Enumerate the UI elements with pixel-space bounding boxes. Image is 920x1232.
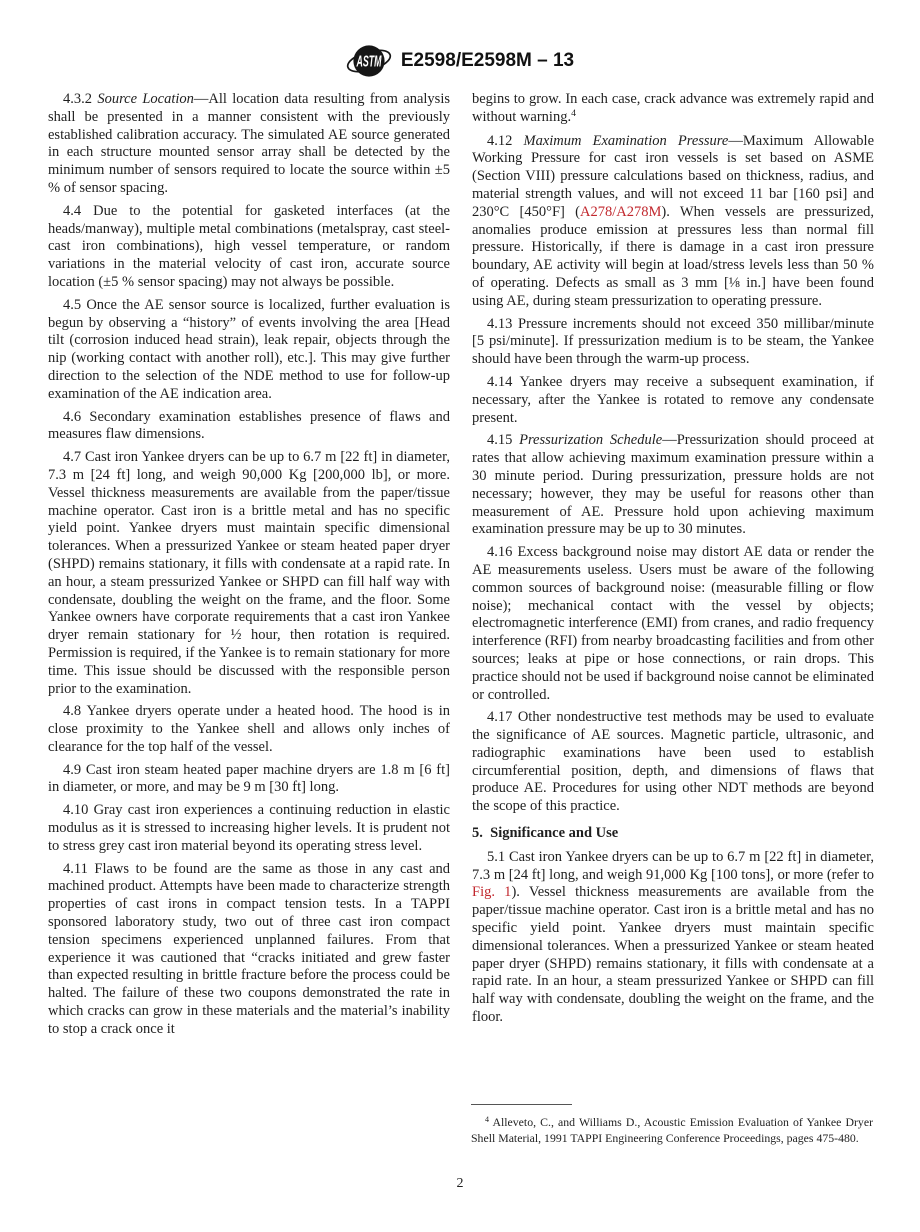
footnote: 4 Alleveto, C., and Williams D., Acousti… <box>471 1104 873 1146</box>
text-run: 4.17 Other nondestructive test methods m… <box>472 709 874 814</box>
text-run: 4.4 Due to the potential for gasketed in… <box>48 203 450 290</box>
astm-logo-text: ASTM <box>356 54 382 71</box>
section-heading: 5. Significance and Use <box>472 825 874 843</box>
paragraph: 4.17 Other nondestructive test methods m… <box>472 709 874 816</box>
text-run: 4.13 Pressure increments should not exce… <box>472 316 874 368</box>
text-run: 4.5 Once the AE sensor source is localiz… <box>48 297 450 402</box>
document-body: 4.3.2 Source Location—All location data … <box>48 91 874 1044</box>
paragraph: 4.14 Yankee dryers may receive a subsequ… <box>472 374 874 427</box>
italic-term: Maximum Examination Pressure <box>524 133 729 149</box>
footnote-reference: 4 <box>571 108 576 119</box>
paragraph: begins to grow. In each case, crack adva… <box>472 91 874 128</box>
text-run: begins to grow. In each case, crack adva… <box>472 91 874 125</box>
text-run: 5.1 Cast iron Yankee dryers can be up to… <box>472 849 874 883</box>
cross-reference-link[interactable]: A278/A278M <box>580 204 661 220</box>
paragraph: 4.16 Excess background noise may distort… <box>472 544 874 704</box>
right-column: begins to grow. In each case, crack adva… <box>472 91 874 1044</box>
paragraph: 4.13 Pressure increments should not exce… <box>472 316 874 369</box>
paragraph: 4.11 Flaws to be found are the same as t… <box>48 861 450 1039</box>
document-page: ASTM E2598/E2598M – 13 4.3.2 Source Loca… <box>0 0 920 1232</box>
paragraph: 4.4 Due to the potential for gasketed in… <box>48 203 450 292</box>
paragraph: 4.7 Cast iron Yankee dryers can be up to… <box>48 449 450 698</box>
paragraph: 4.8 Yankee dryers operate under a heated… <box>48 703 450 756</box>
text-run: 4.11 Flaws to be found are the same as t… <box>48 861 450 1037</box>
paragraph: 4.5 Once the AE sensor source is localiz… <box>48 297 450 404</box>
text-run: 4.14 Yankee dryers may receive a subsequ… <box>472 374 874 426</box>
italic-term: Source Location <box>97 91 194 107</box>
page-number: 2 <box>0 1176 920 1192</box>
text-run: 4.15 <box>487 432 519 448</box>
text-run: 4.8 Yankee dryers operate under a heated… <box>48 703 450 755</box>
text-run: 4.12 <box>487 133 524 149</box>
italic-term: Pressurization Schedule <box>519 432 662 448</box>
text-run: Alleveto, C., and Williams D., Acoustic … <box>471 1115 873 1145</box>
footnote-text: 4 Alleveto, C., and Williams D., Acousti… <box>471 1115 873 1146</box>
text-run: 4.6 Secondary examination establishes pr… <box>48 409 450 443</box>
paragraph: 4.9 Cast iron steam heated paper machine… <box>48 762 450 798</box>
text-run: 4.7 Cast iron Yankee dryers can be up to… <box>48 449 450 696</box>
paragraph: 4.6 Secondary examination establishes pr… <box>48 409 450 445</box>
text-run: ). Vessel thickness measurements are ava… <box>472 884 874 1025</box>
paragraph: 4.10 Gray cast iron experiences a contin… <box>48 802 450 855</box>
text-run: 4.9 Cast iron steam heated paper machine… <box>48 762 450 796</box>
cross-reference-link[interactable]: Fig. 1 <box>472 884 511 900</box>
text-run: 4.16 Excess background noise may distort… <box>472 544 874 702</box>
text-run: 4.10 Gray cast iron experiences a contin… <box>48 802 450 854</box>
text-run: 5. Significance and Use <box>472 825 618 841</box>
standard-designation-title: E2598/E2598M – 13 <box>401 50 574 72</box>
paragraph: 5.1 Cast iron Yankee dryers can be up to… <box>472 849 874 1027</box>
footnote-reference: 4 <box>485 1115 489 1124</box>
footnote-separator <box>471 1104 572 1105</box>
astm-globe-logo-icon: ASTM <box>346 40 392 82</box>
paragraph: 4.3.2 Source Location—All location data … <box>48 91 450 198</box>
left-column: 4.3.2 Source Location—All location data … <box>48 91 450 1044</box>
paragraph: 4.15 Pressurization Schedule—Pressurizat… <box>472 432 874 539</box>
document-header: ASTM E2598/E2598M – 13 <box>0 40 920 82</box>
text-run: 4.3.2 <box>63 91 97 107</box>
paragraph: 4.12 Maximum Examination Pressure—Maximu… <box>472 133 874 311</box>
